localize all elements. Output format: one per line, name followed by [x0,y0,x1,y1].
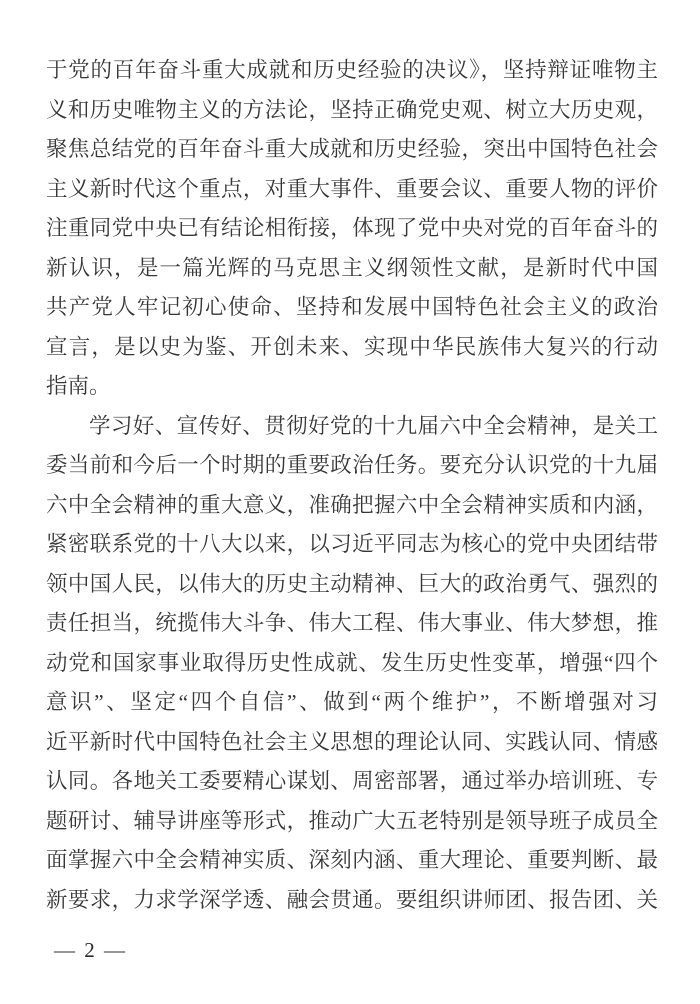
paragraph-2: 学习好、宣传好、贯彻好党的十九届六中全会精神，是关工委当前和今后一个时期的重要政… [46,407,658,921]
text-line: 主义新时代这个重点，对重大事件、重要会议、重要人物的评价 [46,170,658,210]
text-line: 共产党人牢记初心使命、坚持和发展中国特色社会主义的政治 [46,288,658,328]
text-line: 领中国人民，以伟大的历史主动精神、巨大的政治勇气、强烈的 [46,565,658,605]
text-line: 义和历史唯物主义的方法论，坚持正确党史观、树立大历史观， [46,91,658,131]
text-line: 认同。各地关工委要精心谋划、周密部署，通过举办培训班、专 [46,762,658,802]
text-line: 聚焦总结党的百年奋斗重大成就和历史经验，突出中国特色社会 [46,130,658,170]
text-line: 新要求，力求学深学透、融会贯通。要组织讲师团、报告团、关 [46,881,658,921]
text-line: 紧密联系党的十八大以来，以习近平同志为核心的党中央团结带 [46,525,658,565]
paragraph-1: 于党的百年奋斗重大成就和历史经验的决议》，坚持辩证唯物主义和历史唯物主义的方法论… [46,51,658,407]
text-line: 六中全会精神的重大意义，准确把握六中全会精神实质和内涵， [46,486,658,526]
text-line: 指南。 [46,367,658,407]
text-line: 动党和国家事业取得历史性成就、发生历史性变革，增强“四个 [46,644,658,684]
text-line: 面掌握六中全会精神实质、深刻内涵、重大理论、重要判断、最 [46,841,658,881]
text-line: 注重同党中央已有结论相衔接，体现了党中央对党的百年奋斗的 [46,209,658,249]
document-body: 于党的百年奋斗重大成就和历史经验的决议》，坚持辩证唯物主义和历史唯物主义的方法论… [46,51,658,920]
document-page: 于党的百年奋斗重大成就和历史经验的决议》，坚持辩证唯物主义和历史唯物主义的方法论… [0,0,700,1004]
text-line: 新认识，是一篇光辉的马克思主义纲领性文献，是新时代中国 [46,249,658,289]
text-line: 近平新时代中国特色社会主义思想的理论认同、实践认同、情感 [46,723,658,763]
text-line: 意识”、坚定“四个自信”、做到“两个维护”，不断增强对习 [46,683,658,723]
text-line: 责任担当，统揽伟大斗争、伟大工程、伟大事业、伟大梦想，推 [46,604,658,644]
text-line: 委当前和今后一个时期的重要政治任务。要充分认识党的十九届 [46,446,658,486]
page-number: — 2 — [54,936,127,964]
text-line: 学习好、宣传好、贯彻好党的十九届六中全会精神，是关工 [46,407,658,447]
text-line: 题研讨、辅导讲座等形式，推动广大五老特别是领导班子成员全 [46,802,658,842]
text-line: 于党的百年奋斗重大成就和历史经验的决议》，坚持辩证唯物主 [46,51,658,91]
text-line: 宣言，是以史为鉴、开创未来、实现中华民族伟大复兴的行动 [46,328,658,368]
